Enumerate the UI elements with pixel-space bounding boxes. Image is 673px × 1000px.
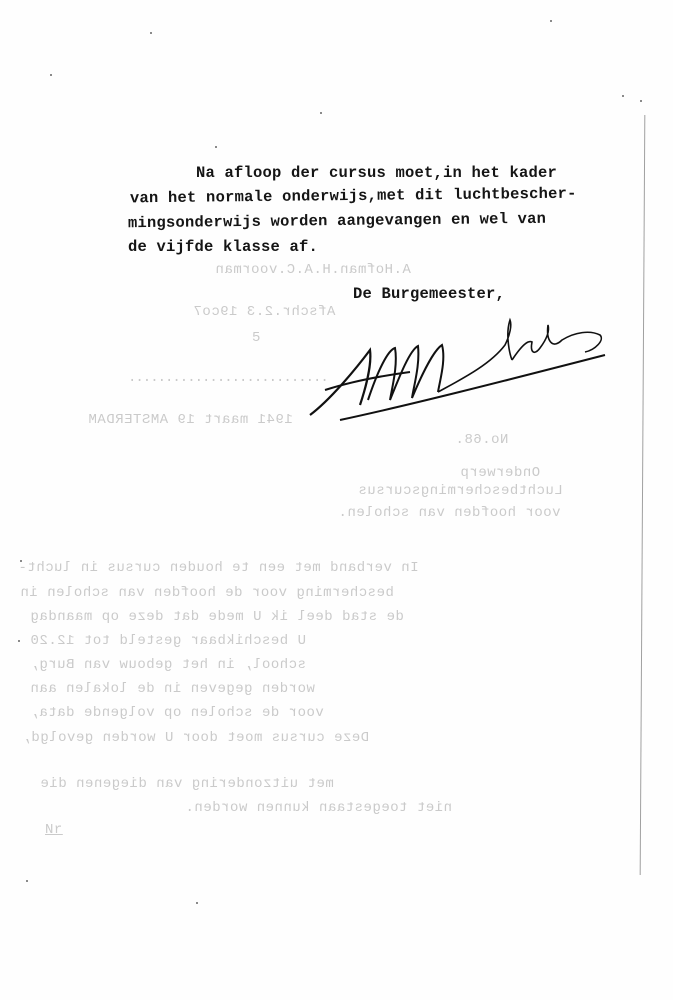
bleed-through-line: No.68. — [455, 432, 508, 448]
body-line: de vijfde klasse af. — [128, 238, 318, 256]
bleed-through-line: Nr — [45, 822, 63, 838]
body-line: mingsonderwijs worden aangevangen en wel… — [128, 210, 546, 232]
bleed-through-line: school, in het gebouw van Burg, — [30, 657, 306, 673]
scan-speck — [50, 74, 52, 76]
scan-speck — [622, 95, 624, 97]
bleed-through-line: voor hoofden van scholen. — [338, 505, 561, 521]
scan-speck — [20, 560, 22, 562]
page-edge-line — [640, 115, 646, 875]
scanned-document-page: A.Hofman.H.A.C.voorman Afschr.2.3 19co7 … — [0, 0, 673, 1000]
scan-speck — [215, 146, 217, 148]
scan-speck — [18, 640, 20, 642]
scan-speck — [26, 880, 28, 882]
scan-speck — [320, 112, 322, 114]
bleed-through-line: ........................... — [128, 370, 328, 386]
bleed-through-line: bescherming voor de hoofden van scholen … — [20, 585, 394, 601]
bleed-through-line: voor de scholen op volgende data, — [30, 705, 324, 721]
handwritten-signature — [300, 310, 620, 430]
body-line: van het normale onderwijs,met dit luchtb… — [130, 185, 577, 208]
bleed-through-line: 5 — [252, 330, 261, 346]
bleed-through-line: A.Hofman.H.A.C.voorman — [215, 262, 411, 278]
bleed-through-line: worden gegeven in de lokalen aan — [30, 681, 315, 697]
bleed-through-line: Deze cursus moet door U worden gevolgd, — [22, 730, 369, 746]
bleed-through-line: U beschikbaar gesteld tot 12.20 — [30, 633, 306, 649]
bleed-through-line: de stad deel ik U mede dat deze op maand… — [30, 609, 404, 625]
closing-title: De Burgemeester, — [353, 285, 505, 303]
body-line: Na afloop der cursus moet,in het kader — [196, 164, 557, 182]
bleed-through-line: Onderwerp — [460, 465, 540, 481]
scan-speck — [640, 100, 642, 102]
scan-speck — [196, 902, 198, 904]
bleed-through-line: In verband met een te houden cursus in l… — [18, 560, 419, 576]
scan-speck — [550, 20, 552, 22]
bleed-through-line: Luchtbeschermingscursus — [358, 483, 563, 499]
bleed-through-line: 1941 maart 19 AMSTERDAM — [88, 412, 293, 428]
scan-speck — [150, 32, 152, 34]
bleed-through-line: niet toegestaan kunnen worden. — [185, 800, 452, 816]
bleed-through-line: met uitzondering van diegenen die — [40, 776, 334, 792]
